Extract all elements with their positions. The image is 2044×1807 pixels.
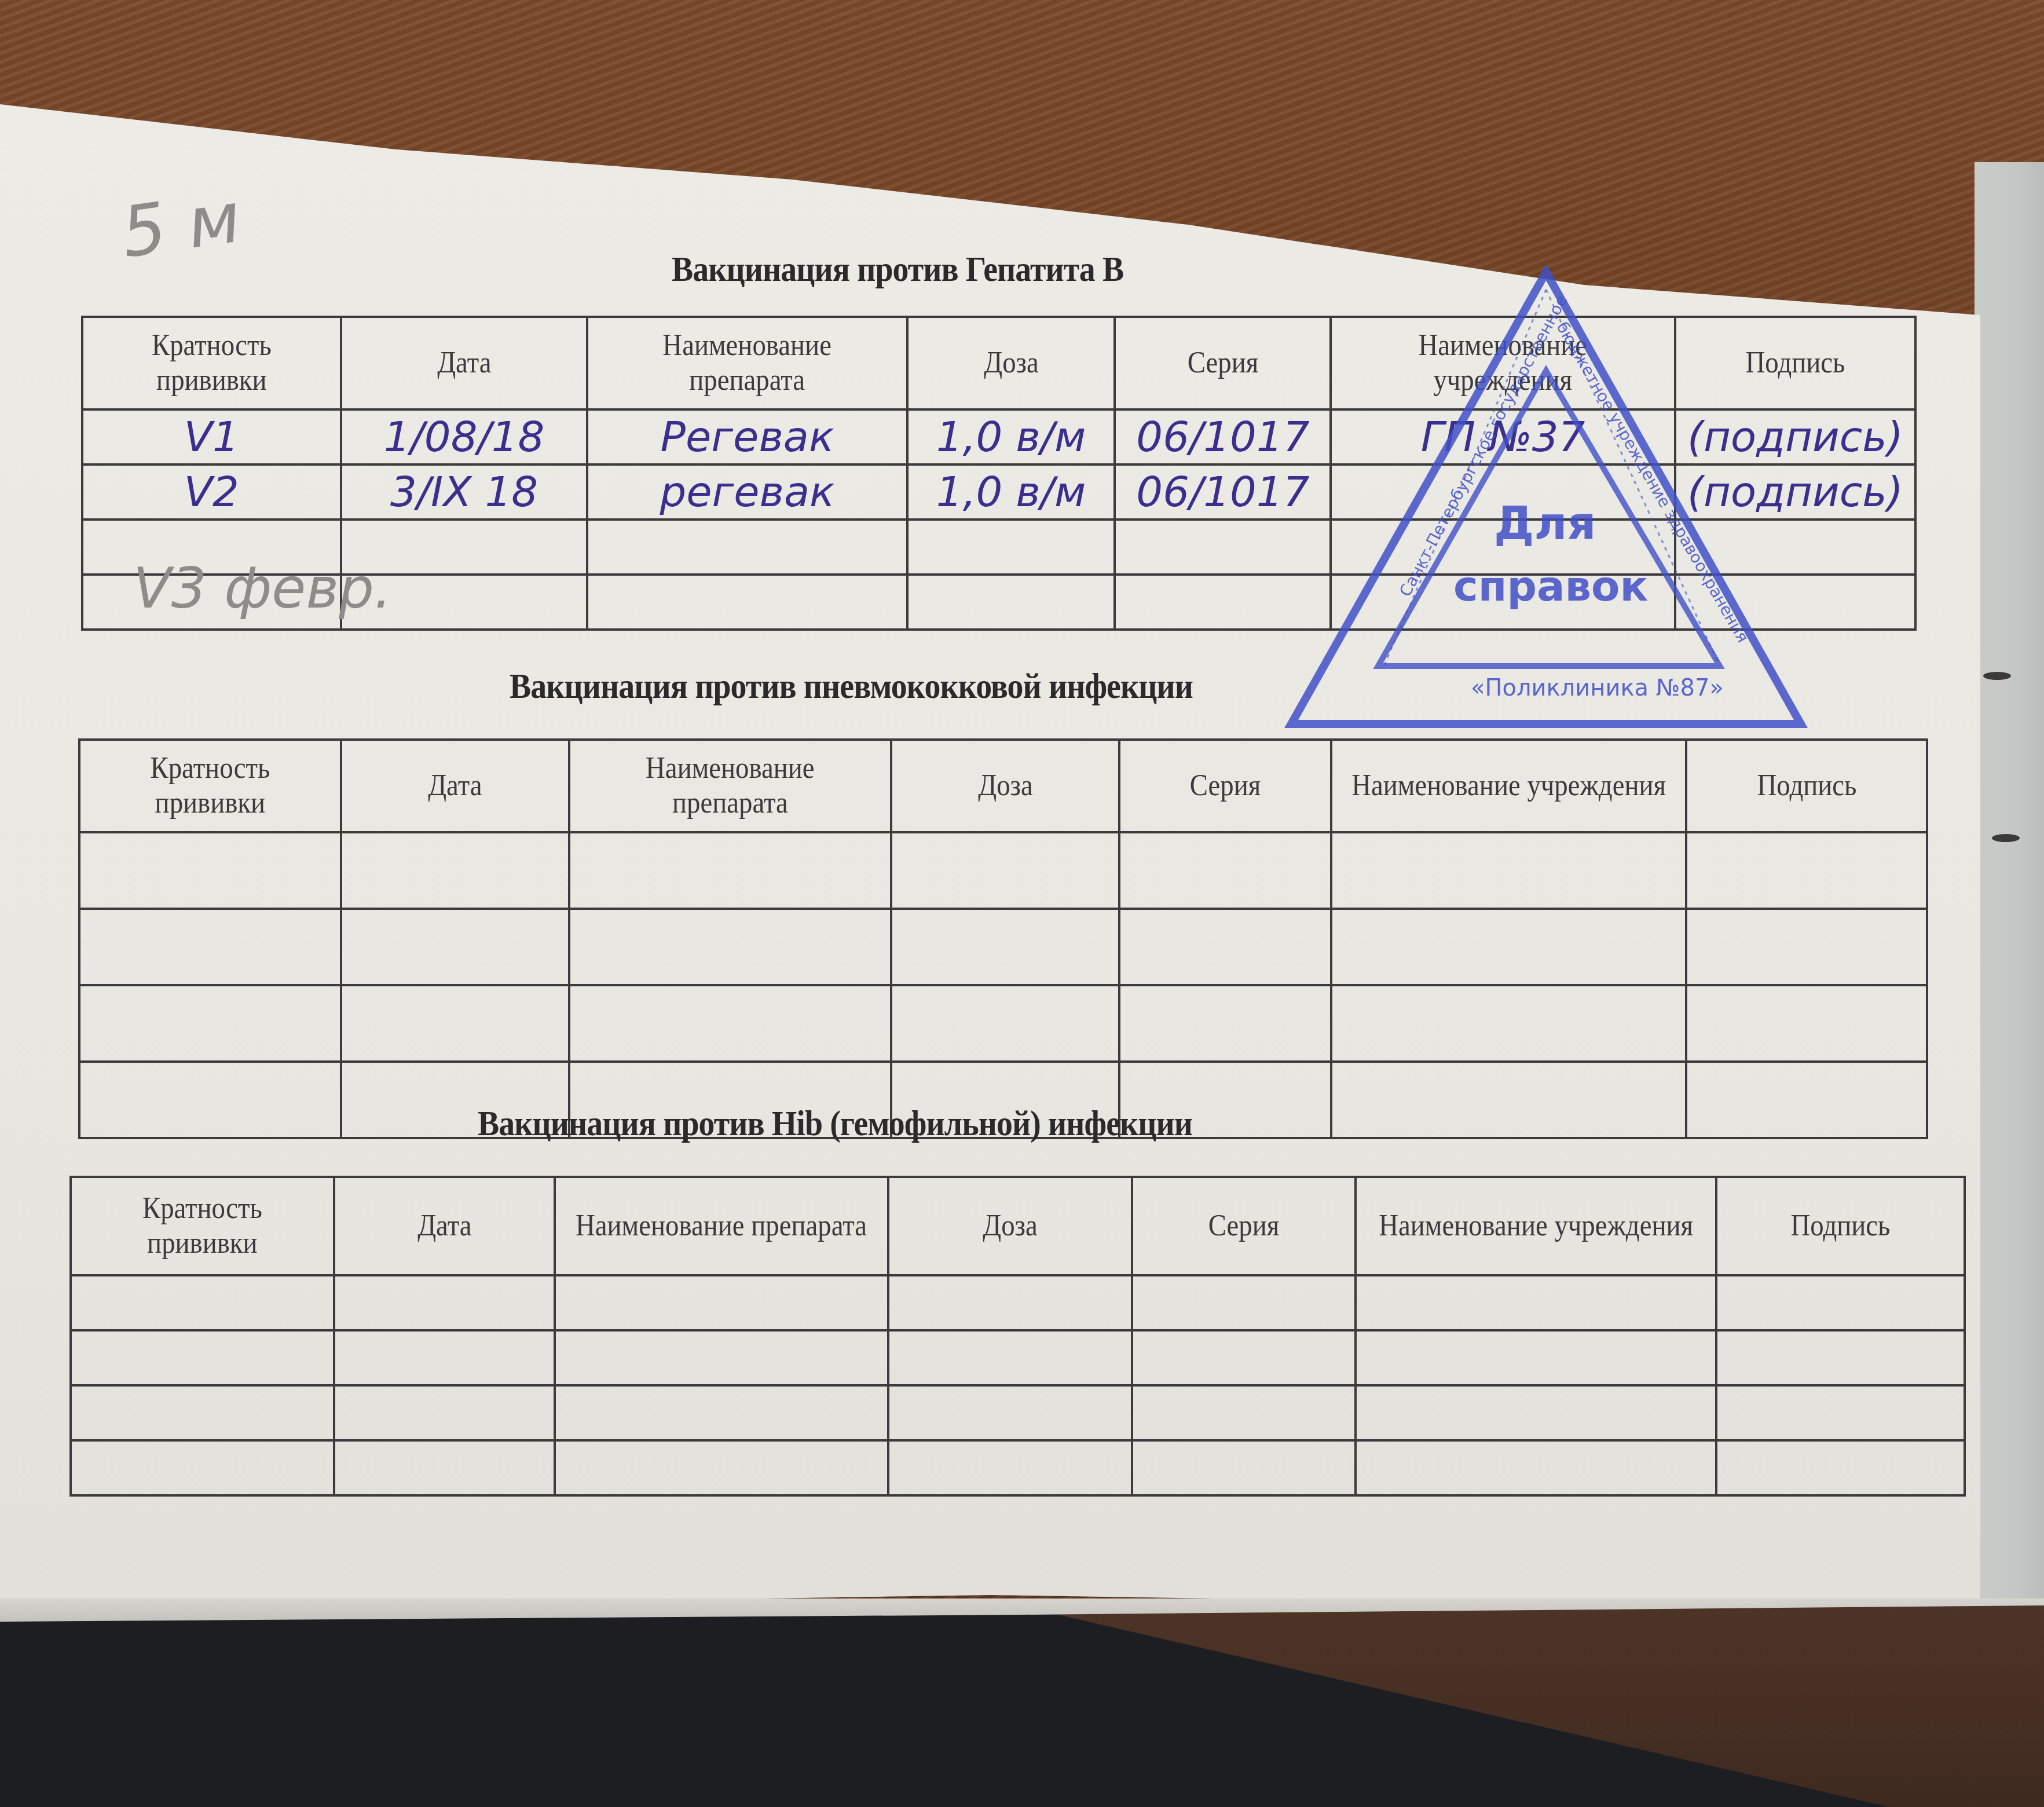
handwritten-entry: Регевак xyxy=(661,412,834,461)
column-header-label: Дата xyxy=(437,346,491,381)
cell-date[interactable] xyxy=(334,1385,555,1440)
cell-institution[interactable] xyxy=(1331,575,1675,630)
pencil-corner-note: 5 м xyxy=(116,177,245,273)
cell-signature[interactable] xyxy=(1686,1062,1927,1138)
cell-vaccine-name[interactable] xyxy=(587,520,907,575)
cell-dose[interactable]: 1,0 в/м xyxy=(907,464,1115,520)
cell-date[interactable] xyxy=(341,985,569,1062)
column-header-series: Серия xyxy=(1115,317,1331,409)
cell-dose[interactable] xyxy=(888,1440,1133,1495)
cell-signature[interactable]: (подпись) xyxy=(1675,409,1915,464)
column-header-label: Наименование учреждения xyxy=(1349,328,1657,398)
column-header-date: Дата xyxy=(334,1177,555,1275)
cell-dose[interactable] xyxy=(891,832,1119,909)
table-row xyxy=(79,909,1927,985)
cell-series[interactable] xyxy=(1119,909,1331,985)
column-header-dose-number: Кратность прививки xyxy=(71,1177,334,1275)
cell-vaccine-name[interactable] xyxy=(555,1275,888,1330)
column-header-label: Подпись xyxy=(1757,769,1856,803)
cell-dose-number[interactable] xyxy=(79,985,341,1062)
cell-vaccine-name[interactable]: Регевак xyxy=(587,409,907,464)
table-row xyxy=(71,1385,1965,1440)
table-row: V23/IX 18регевак1,0 в/м06/1017(подпись) xyxy=(82,464,1915,520)
handwritten-entry: 1,0 в/м xyxy=(936,467,1086,516)
cell-series[interactable] xyxy=(1132,1385,1355,1440)
column-header-label: Доза xyxy=(984,346,1039,381)
cell-dose-number[interactable] xyxy=(79,909,341,985)
cell-dose[interactable]: 1,0 в/м xyxy=(907,409,1115,464)
cell-signature[interactable] xyxy=(1675,575,1915,630)
cell-series[interactable] xyxy=(1119,832,1331,909)
column-header-signature: Подпись xyxy=(1675,317,1915,409)
cell-series[interactable] xyxy=(1132,1440,1355,1495)
cell-date[interactable] xyxy=(334,1440,555,1495)
column-header-institution: Наименование учреждения xyxy=(1356,1177,1716,1275)
handwritten-entry: V2 xyxy=(184,467,239,516)
cell-signature[interactable] xyxy=(1686,832,1927,909)
cell-series[interactable] xyxy=(1132,1275,1355,1330)
column-header-signature: Подпись xyxy=(1716,1177,1965,1275)
cell-vaccine-name[interactable]: регевак xyxy=(587,464,907,520)
column-header-label: Наименование препарата xyxy=(587,751,874,821)
column-header-series: Серия xyxy=(1119,740,1331,832)
cell-dose[interactable] xyxy=(888,1330,1133,1385)
column-header-label: Дата xyxy=(428,769,482,803)
cell-institution[interactable] xyxy=(1356,1330,1716,1385)
cell-series[interactable] xyxy=(1119,985,1331,1062)
cell-dose[interactable] xyxy=(888,1385,1133,1440)
table-row xyxy=(71,1440,1965,1495)
handwritten-entry: V1 xyxy=(184,412,239,461)
cell-dose-number[interactable] xyxy=(71,1275,334,1330)
column-header-vaccine-name: Наименование препарата xyxy=(569,740,891,832)
column-header-label: Дата xyxy=(417,1209,471,1243)
cell-dose[interactable] xyxy=(891,909,1119,985)
cell-dose-number[interactable] xyxy=(71,1330,334,1385)
cell-vaccine-name[interactable] xyxy=(555,1330,888,1385)
cell-date[interactable]: 3/IX 18 xyxy=(341,464,588,520)
header-row: Кратность прививкиДатаНаименование препа… xyxy=(79,740,1927,832)
handwritten-entry: (подпись) xyxy=(1687,467,1903,516)
handwritten-entry: 1/08/18 xyxy=(384,412,545,461)
column-header-dose: Доза xyxy=(907,317,1115,409)
column-header-label: Наименование препарата xyxy=(605,328,890,398)
column-header-signature: Подпись xyxy=(1686,740,1927,832)
cell-dose-number[interactable]: V2 xyxy=(82,464,341,520)
column-header-label: Кратность прививки xyxy=(85,1191,320,1261)
handwritten-entry: ГП №37 xyxy=(1421,412,1585,461)
cell-series[interactable] xyxy=(1115,520,1331,575)
column-header-vaccine-name: Наименование препарата xyxy=(555,1177,888,1275)
column-header-label: Наименование препарата xyxy=(576,1209,867,1243)
cell-signature[interactable] xyxy=(1716,1275,1965,1330)
cell-dose-number[interactable] xyxy=(79,1062,341,1138)
cell-date[interactable] xyxy=(341,832,569,909)
column-header-vaccine-name: Наименование препарата xyxy=(587,317,907,409)
column-header-label: Кратность прививки xyxy=(96,328,327,398)
hib-table: Кратность прививкиДатаНаименование препа… xyxy=(69,1176,1966,1497)
table-row xyxy=(79,832,1927,909)
column-header-date: Дата xyxy=(341,740,569,832)
column-header-label: Подпись xyxy=(1791,1209,1891,1243)
cell-institution[interactable]: ГП №37 xyxy=(1331,409,1675,464)
cell-series[interactable]: 06/1017 xyxy=(1115,409,1331,464)
column-header-institution: Наименование учреждения xyxy=(1331,740,1686,832)
column-header-institution: Наименование учреждения xyxy=(1331,317,1675,409)
cell-institution[interactable] xyxy=(1331,1062,1686,1138)
cell-signature[interactable] xyxy=(1716,1330,1965,1385)
cell-date[interactable] xyxy=(334,1275,555,1330)
cell-institution[interactable] xyxy=(1331,909,1686,985)
table-row xyxy=(79,985,1927,1062)
cell-institution[interactable] xyxy=(1331,985,1686,1062)
cell-dose-number[interactable] xyxy=(79,832,341,909)
column-header-date: Дата xyxy=(341,317,588,409)
cell-signature[interactable] xyxy=(1686,985,1927,1062)
section-title-pneumococcal: Вакцинация против пневмококковой инфекци… xyxy=(510,666,1193,707)
next-page-edge xyxy=(1975,162,2044,1622)
handwritten-entry: 06/1017 xyxy=(1136,412,1309,461)
binding-hole xyxy=(1983,672,2011,680)
column-header-dose: Доза xyxy=(888,1177,1133,1275)
cell-dose[interactable] xyxy=(907,520,1115,575)
table-row: V11/08/18Регевак1,0 в/м06/1017ГП №37(под… xyxy=(82,409,1915,464)
column-header-label: Серия xyxy=(1208,1209,1280,1243)
cell-date[interactable] xyxy=(341,909,569,985)
cell-series[interactable] xyxy=(1115,575,1331,630)
cell-series[interactable]: 06/1017 xyxy=(1115,464,1331,520)
column-header-label: Доза xyxy=(983,1209,1038,1243)
cell-dose[interactable] xyxy=(888,1275,1133,1330)
handwritten-entry: 06/1017 xyxy=(1136,467,1309,516)
cell-institution[interactable] xyxy=(1356,1385,1716,1440)
table-row xyxy=(71,1275,1965,1330)
column-header-label: Подпись xyxy=(1745,346,1845,381)
pencil-note-v3: V3 февр. xyxy=(133,556,391,621)
cell-institution[interactable] xyxy=(1331,464,1675,520)
column-header-dose: Доза xyxy=(891,740,1119,832)
cell-institution[interactable] xyxy=(1356,1275,1716,1330)
cell-vaccine-name[interactable] xyxy=(587,575,907,630)
cell-vaccine-name[interactable] xyxy=(569,832,891,909)
column-header-label: Наименование учреждения xyxy=(1379,1209,1693,1243)
column-header-series: Серия xyxy=(1132,1177,1355,1275)
header-row: Кратность прививкиДатаНаименование препа… xyxy=(82,317,1915,409)
cell-vaccine-name[interactable] xyxy=(569,909,891,985)
cell-signature[interactable] xyxy=(1716,1385,1965,1440)
cell-signature[interactable] xyxy=(1686,909,1927,985)
cell-signature[interactable]: (подпись) xyxy=(1675,464,1915,520)
cell-series[interactable] xyxy=(1132,1330,1355,1385)
cell-dose-number[interactable]: V1 xyxy=(82,409,341,464)
column-header-label: Доза xyxy=(978,769,1033,803)
column-header-label: Наименование учреждения xyxy=(1351,769,1666,803)
cell-date[interactable]: 1/08/18 xyxy=(341,409,588,464)
column-header-dose-number: Кратность прививки xyxy=(79,740,341,832)
column-header-label: Серия xyxy=(1188,346,1259,381)
section-title-hib: Вакцинация против Hib (гемофильной) инфе… xyxy=(478,1103,1192,1144)
cell-dose-number[interactable] xyxy=(71,1440,334,1495)
cell-institution[interactable] xyxy=(1356,1440,1716,1495)
cell-signature[interactable] xyxy=(1716,1440,1965,1495)
column-header-label: Серия xyxy=(1190,769,1261,803)
cell-vaccine-name[interactable] xyxy=(569,985,891,1062)
cell-vaccine-name[interactable] xyxy=(555,1440,888,1495)
handwritten-entry: (подпись) xyxy=(1687,412,1903,461)
cell-dose[interactable] xyxy=(907,575,1115,630)
cell-date[interactable] xyxy=(334,1330,555,1385)
column-header-label: Кратность прививки xyxy=(93,751,327,821)
handwritten-entry: 1,0 в/м xyxy=(936,412,1086,461)
header-row: Кратность прививкиДатаНаименование препа… xyxy=(71,1177,1965,1275)
table-row xyxy=(71,1330,1965,1385)
cell-signature[interactable] xyxy=(1675,520,1915,575)
handwritten-entry: регевак xyxy=(660,467,834,516)
section-title-hepatitis-b: Вакцинация против Гепатита В xyxy=(672,249,1123,290)
cell-institution[interactable] xyxy=(1331,832,1686,909)
column-header-dose-number: Кратность прививки xyxy=(82,317,341,409)
binding-hole xyxy=(1992,834,2020,842)
cell-dose-number[interactable] xyxy=(71,1385,334,1440)
pneumococcal-table: Кратность прививкиДатаНаименование препа… xyxy=(78,738,1928,1139)
cell-institution[interactable] xyxy=(1331,520,1675,575)
cell-vaccine-name[interactable] xyxy=(555,1385,888,1440)
cell-dose[interactable] xyxy=(891,985,1119,1062)
handwritten-entry: 3/IX 18 xyxy=(390,467,538,516)
